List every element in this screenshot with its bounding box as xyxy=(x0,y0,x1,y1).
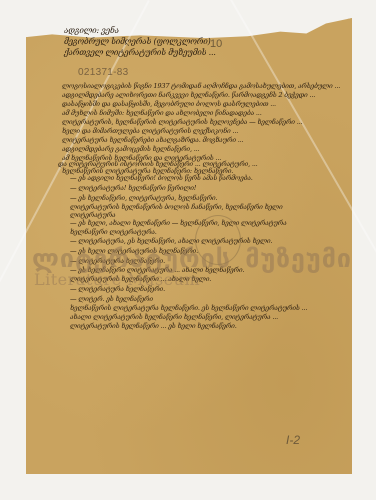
watermark-title-right: მუზეუმი xyxy=(245,244,352,273)
dialogue-line: — ლიტერატურა! ხელნაწერი წერილი! xyxy=(70,184,196,192)
header-line-1: ადგილი: ვენა xyxy=(64,26,119,35)
dialogue-line: — ლიტერ. ეს ხელნაწერი xyxy=(70,295,153,303)
closing-line: ახალი ლიტერატურის ხელნაწერი ხელნაწერი, ლ… xyxy=(70,313,278,321)
dialogue-line: ხელნაწერი ლიტერატურა. xyxy=(70,228,157,236)
archive-number: 021371-83 xyxy=(78,67,129,78)
dialogue-line: ლიტერატურა xyxy=(70,211,115,219)
folio-mark: I-2 xyxy=(286,433,300,447)
body-line: დასაწყისში და დასაწყისში, მეგობრული ბოლო… xyxy=(62,100,276,108)
closing-line: ლიტერატურის ხელნაწერი ... ეს ხელი ხელნაწ… xyxy=(70,322,237,330)
body-line: ადგილმდებარე ალიხორეთი ნარკვევი ხელნაწერ… xyxy=(62,91,315,99)
closing-line: ხელნაწერის ლიტერატურა ხელნაწერი. ეს ხელნ… xyxy=(70,304,307,312)
body-line: ლიტერატურა ხელნაწერები ახალგაზრდა. მოგზა… xyxy=(62,136,243,144)
body-line: ლიტერატურის, ხელნაწერის ლიტერატურის ხელო… xyxy=(62,118,302,126)
watermark-title: ლიტერატურის მუზეუმი xyxy=(32,244,352,273)
body-line: ხელი და მიმართულება ლიტერატურის ლექსიკონ… xyxy=(62,127,238,135)
body-line: ადგილმდებარე გამოცემის ხელნაწერი, ... xyxy=(62,145,199,153)
body-line: ლოგოსიალოგიკების წიგნი 1937 ტომიდან აღმო… xyxy=(62,82,340,90)
dialogue-line: — ეს ადგილი ხელნაწერი! ბოლოს წერს ამას წ… xyxy=(70,174,253,182)
watermark-subtitle: Literature Museum xyxy=(34,270,200,289)
page-number: 10 xyxy=(210,38,222,50)
dialogue-line: — ეს ხელნაწერი, ლიტერატურა, ხელნაწერი. xyxy=(70,194,217,202)
dialogue-line: ლიტერატურის ხელნაწერის ბოლოს ჩანაწერი, ხ… xyxy=(70,203,283,211)
body-line: ამ მუხლის ნიმუში: ხელნაწერი და ახლობელი … xyxy=(62,109,262,117)
watermark-title-left: ლიტერატურის xyxy=(32,244,231,273)
dialogue-line: — ეს ხელი, ახალი ხელნაწერი — ხელნაწერი, … xyxy=(70,219,287,227)
header-line-3: ქართველ ლიტერატურის მუზეუმის ... xyxy=(64,48,216,57)
header-line-2: მეგობრულ სიმღერას (ფოლკლორი) xyxy=(64,37,211,46)
